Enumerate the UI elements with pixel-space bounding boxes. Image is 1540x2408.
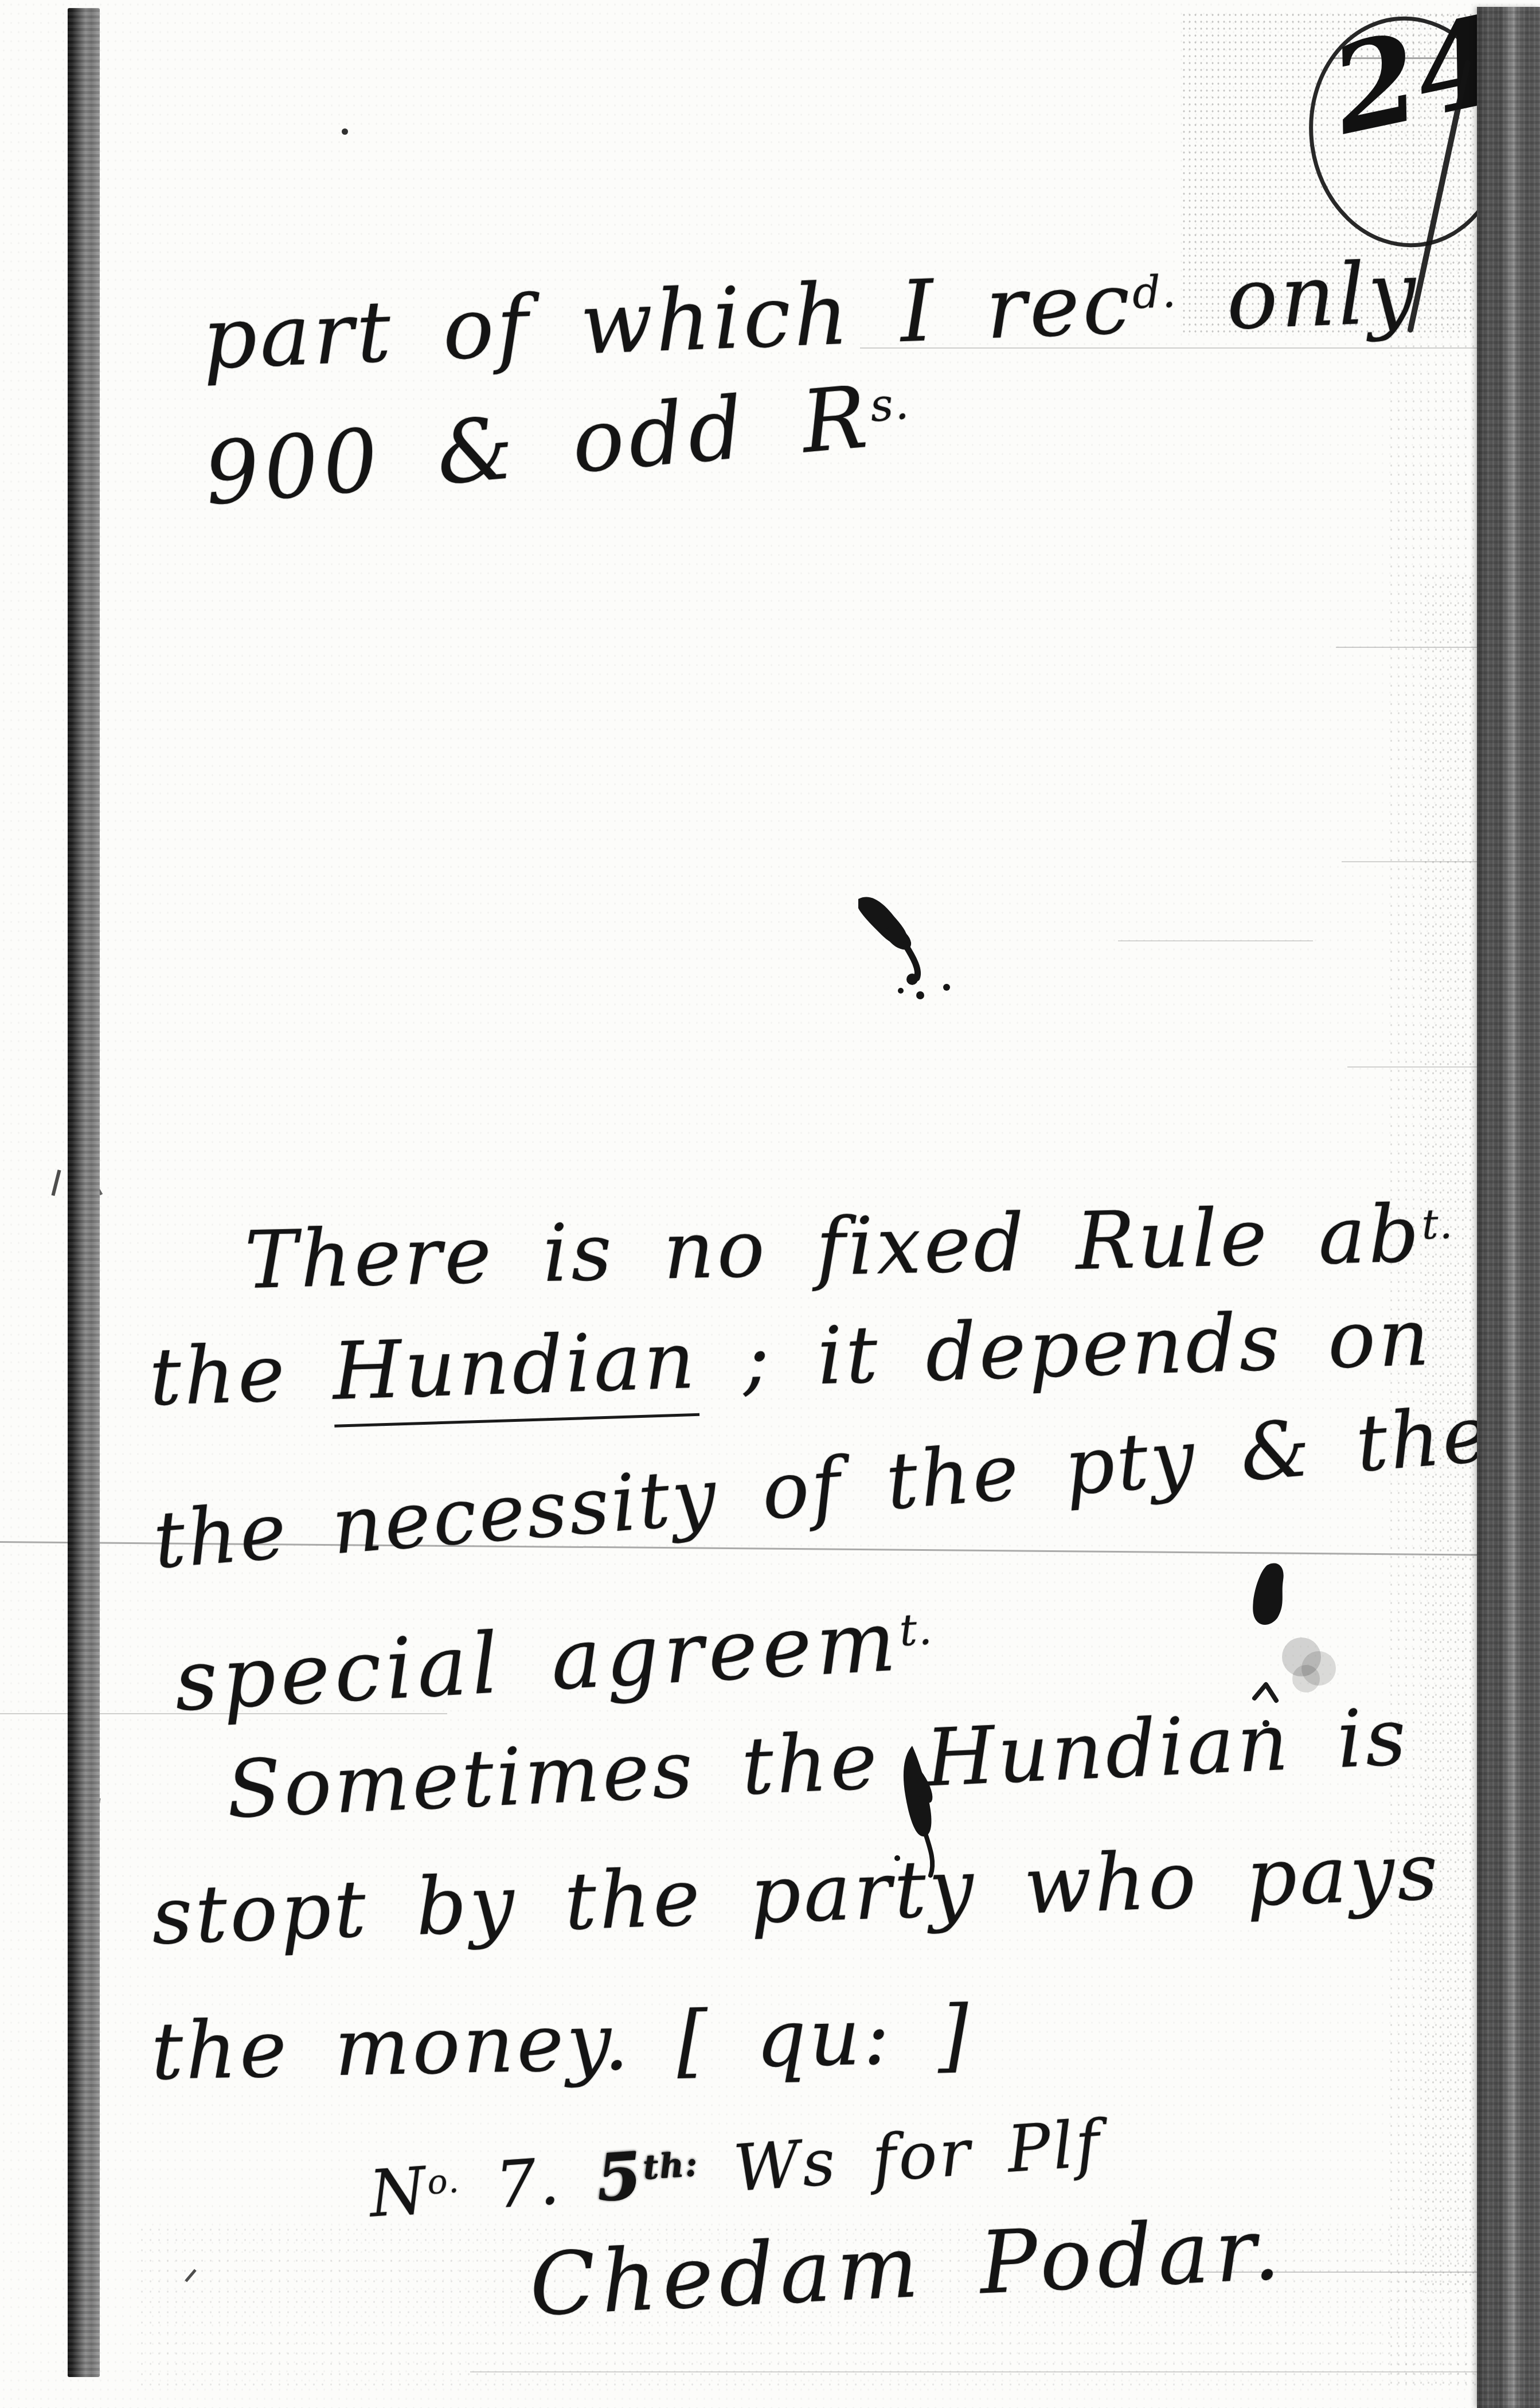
superscript: t. [1421, 1199, 1455, 1248]
signature: Chedam Podar. [527, 2199, 1288, 2336]
superscript: s. [868, 377, 912, 432]
text-segment: 7. [458, 2141, 599, 2225]
superscript: d. [1131, 266, 1178, 319]
scan-line [470, 2371, 1540, 2372]
text-segment: 900 & odd R [201, 367, 875, 525]
text-segment: ; it depends on [696, 1291, 1433, 1406]
ink-smudge-over-text [863, 1740, 972, 1883]
ink-dot [342, 128, 348, 135]
text-segment: part of which I rec [201, 254, 1135, 388]
bold-numeral: 5 [594, 2138, 646, 2216]
top-note-line-1: part of which I recd. only [201, 243, 1421, 388]
ink-smudge-mid-page [834, 883, 960, 1009]
text-segment: There is no fixed Rule ab [244, 1187, 1423, 1307]
body-line-6: stopt by the party who pays [150, 1825, 1443, 1963]
ink-blot-right-margin [1233, 1548, 1353, 1737]
top-note-line-2: 900 & odd Rs. [201, 363, 914, 525]
text-segment: N [367, 2153, 431, 2232]
body-line-1: There is no fixed Rule abt. [244, 1187, 1455, 1307]
binding-strip-left [68, 8, 100, 2377]
body-line-7: the money. [ qu: ] [150, 1988, 972, 2098]
text-segment: Ws for Plf [696, 2106, 1104, 2209]
text-segment: the [148, 1326, 334, 1424]
caret-mark [1254, 1684, 1276, 1701]
underlined-word: Hundian [331, 1314, 699, 1428]
stray-ink-tick [52, 1170, 61, 1196]
body-line-2: the Hundian ; it depends on [148, 1291, 1433, 1424]
text-segment: special agreem [172, 1592, 902, 1730]
superscript: th: [642, 2144, 699, 2187]
binding-strip-right [1477, 7, 1540, 2408]
body-line-4: special agreemt. [172, 1590, 936, 1730]
scan-line [1118, 940, 1313, 941]
superscript: t. [898, 1604, 934, 1656]
scanned-manuscript: { "document": { "page_number": "247", "t… [0, 0, 1540, 2408]
stray-ink-tick [185, 2269, 197, 2282]
superscript: o. [426, 2161, 461, 2202]
